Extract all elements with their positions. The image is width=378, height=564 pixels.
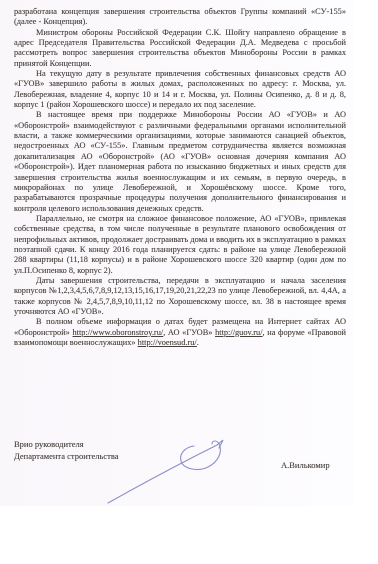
scanned-letter-page: { "document": { "paragraphs": [ { "inden… (0, 0, 378, 564)
signer-name: А.Вилькомир (281, 460, 330, 470)
url-link: http://www.oboronstroy.ru/ (73, 328, 164, 337)
url-link: http://voensud.ru/ (138, 338, 197, 347)
signature-diagonal-stroke (108, 445, 217, 503)
paragraph: В настоящее время при поддержке Миноборо… (14, 110, 346, 213)
paragraph: разработана концепция завершения строите… (14, 7, 346, 28)
paragraph: В полном объеме информация о датах будет… (14, 317, 346, 348)
url-link: http://guov.ru/ (215, 328, 262, 337)
paragraph: На текущую дату в результате привлечения… (14, 69, 346, 110)
signature-loop-stroke (181, 441, 221, 469)
paragraph: Даты завершения строительства, передачи … (14, 276, 346, 317)
body-text: разработана концепция завершения строите… (14, 7, 346, 348)
paragraph: Министром обороны Российской Федерации С… (14, 28, 346, 69)
signature-arrow-tip (217, 440, 223, 448)
scanned-page: разработана концепция завершения строите… (0, 0, 353, 506)
paragraph: Параллельно, не смотря на сложное финанс… (14, 214, 346, 276)
signature-flourish (100, 425, 250, 510)
